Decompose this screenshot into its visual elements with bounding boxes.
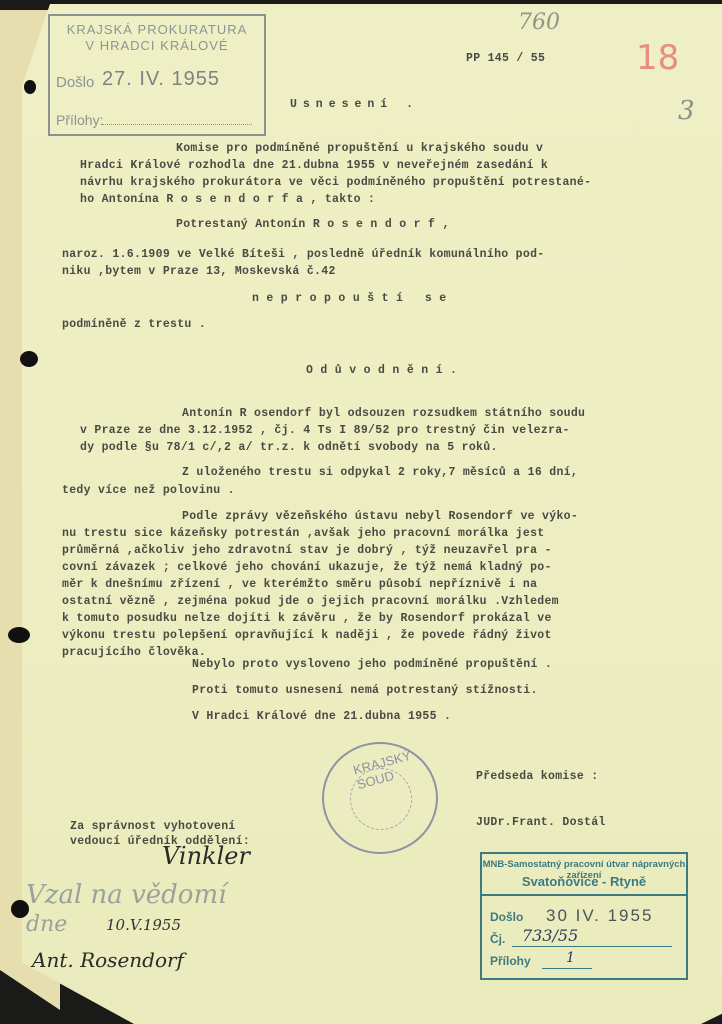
seal-emblem <box>350 768 412 830</box>
reasoning-title: O d ů v o d n ě n í . <box>306 364 457 377</box>
place-date: V Hradci Králové dne 21.dubna 1955 . <box>192 710 451 723</box>
chair-name: JUDr.Frant. Dostál <box>476 816 606 829</box>
handwritten-red-number: 18 <box>636 38 679 78</box>
punch-hole <box>24 80 36 94</box>
stamp-received-date: 27. IV. 1955 <box>102 68 220 91</box>
handwritten-note-line1: Vzal na vědomí <box>26 880 226 910</box>
reference-number: PP 145 / 55 <box>466 52 545 65</box>
stamp-received-label: Došlo <box>56 74 94 91</box>
prosecutor-received-stamp: KRAJSKÁ PROKURATURA V HRADCI KRÁLOVÉ Doš… <box>48 14 266 136</box>
verdict: n e p r o p o u š t í s e <box>252 292 446 305</box>
stamp-attachments-line <box>542 968 592 969</box>
stamp-divider <box>482 894 686 896</box>
chair-label: Předseda komise : <box>476 770 598 783</box>
handwritten-prisoner-signature: Ant. Rosendorf <box>32 948 184 972</box>
punch-hole <box>8 627 30 643</box>
handwritten-note-date: 10.V.1955 <box>106 916 181 934</box>
handwritten-margin-mark: 3 <box>678 96 695 126</box>
stamp-location: Svatoňovice - Rtyně <box>482 874 686 889</box>
ministry-received-stamp: MNB-Samostatný pracovní útvar nápravných… <box>480 852 688 980</box>
stamp-received-label: Došlo <box>490 910 523 924</box>
verdict-continuation: podmíněně z trestu . <box>62 318 206 331</box>
punch-hole <box>20 351 38 367</box>
stamp-attachments-label: Přílohy: <box>56 112 103 128</box>
court-seal: KRAJSKÝ SOUD <box>322 742 438 854</box>
conclusion: Nebylo proto vysloveno jeho podmíněné pr… <box>192 658 552 671</box>
stamp-received-date: 30 IV. 1955 <box>546 906 653 926</box>
stamp-line1: KRAJSKÁ PROKURATURA <box>50 22 264 37</box>
official-signature: Vinkler <box>162 842 250 870</box>
subject-line: Potrestaný Antonín R o s e n d o r f , <box>176 218 450 231</box>
handwritten-page-number: 760 <box>518 10 560 35</box>
stamp-ref-label: Čj. <box>490 932 505 946</box>
stamp-attachments-label: Přílohy <box>490 954 531 968</box>
stamp-attachments-line <box>102 124 252 125</box>
stamp-ref-value: 733/55 <box>522 926 578 945</box>
stamp-line2: V HRADCI KRÁLOVÉ <box>50 38 264 53</box>
appeal-note: Proti tomuto usnesení nemá potrestaný st… <box>192 684 538 697</box>
stamp-ref-line <box>512 946 672 947</box>
handwritten-note-line2: dne <box>26 912 67 937</box>
stamp-attachments-value: 1 <box>566 950 575 966</box>
document-title: Usnesení . <box>290 98 419 111</box>
